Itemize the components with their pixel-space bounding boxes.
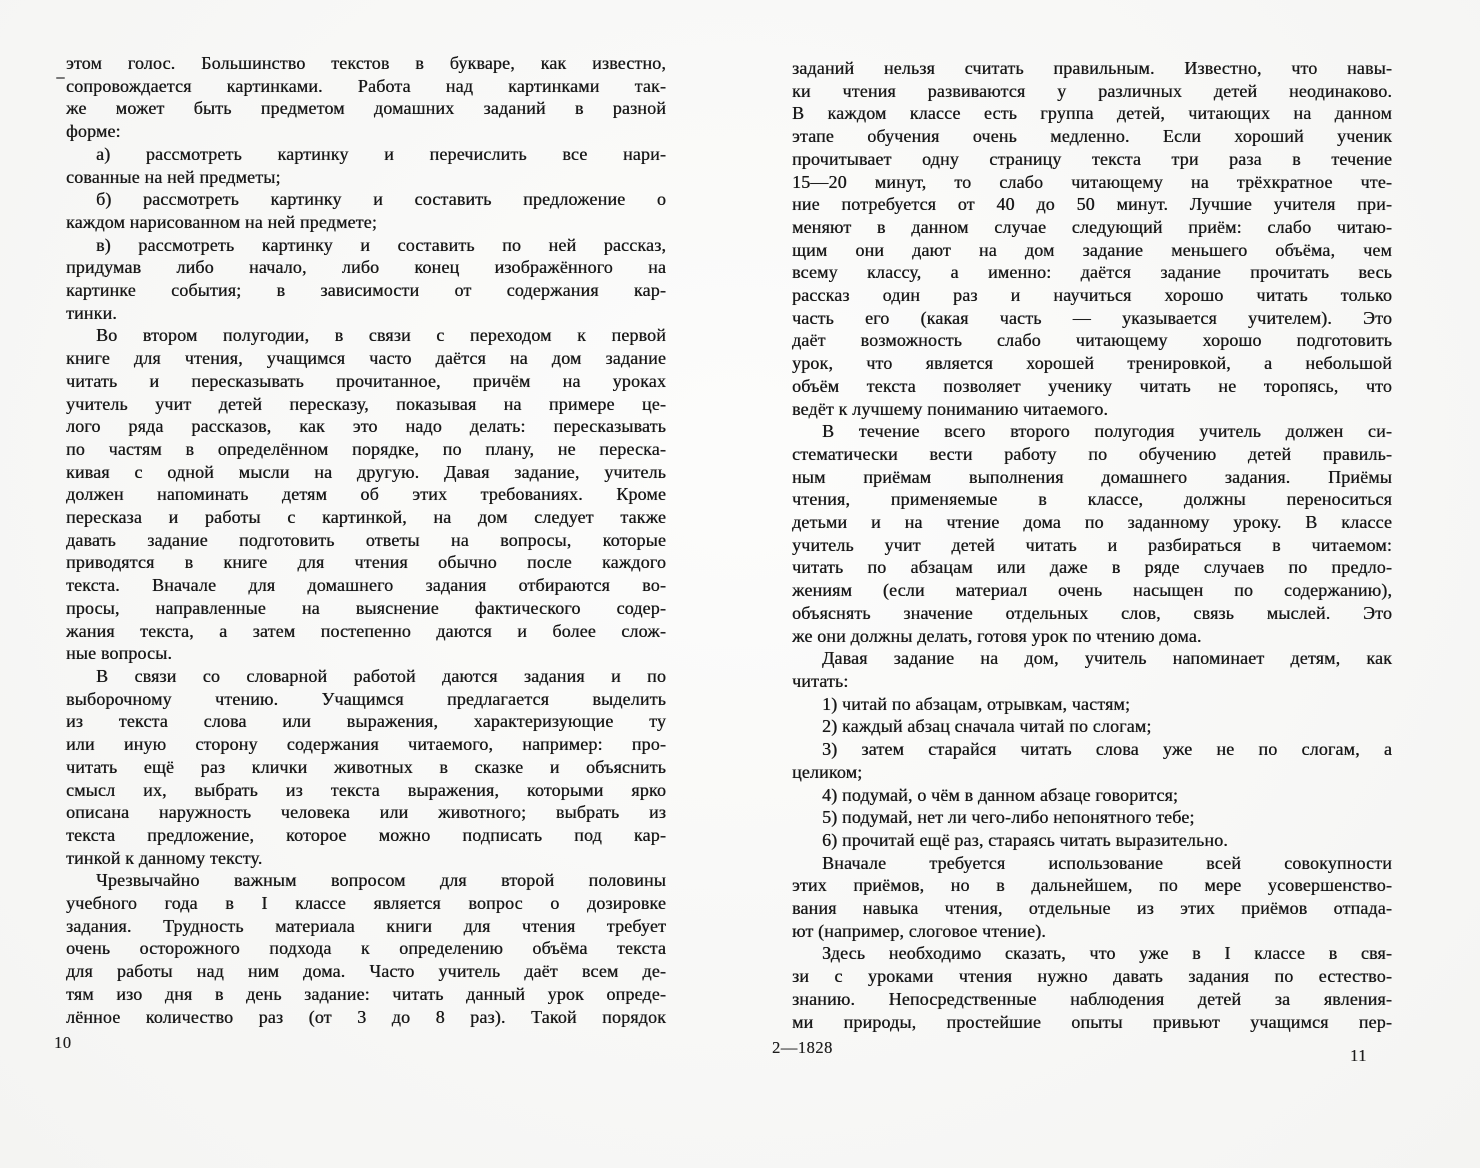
paragraph: заданий нельзя считать правильным. Извес… — [792, 57, 1392, 420]
text-line: ние потребуется от 40 до 50 минут. Лучши… — [792, 193, 1392, 216]
text-line: ют (например, слоговое чтение). — [792, 920, 1392, 943]
text-line: этом голос. Большинство текстов в буквар… — [66, 52, 666, 75]
paragraph: 4) подумай, о чём в данном абзаце говори… — [792, 784, 1392, 807]
text-line: знанию. Непосредственные наблюдения дете… — [792, 988, 1392, 1011]
text-line: текста предложение, которое можно подпис… — [66, 824, 666, 847]
text-line: стематически вести работу по обучению де… — [792, 443, 1392, 466]
text-line: учебного года в I классе является вопрос… — [66, 892, 666, 915]
text-line: тям изо дня в день задание: читать данны… — [66, 983, 666, 1006]
paragraph: 6) прочитай ещё раз, стараясь читать выр… — [792, 829, 1392, 852]
text-line: урок, что является хорошей тренировкой, … — [792, 352, 1392, 375]
paragraph: б) рассмотреть картинку и составить пред… — [66, 188, 666, 233]
text-line: учитель учит детей пересказу, показывая … — [66, 393, 666, 416]
right-page-number: 11 — [1350, 1046, 1367, 1066]
text-line: всему классу, а именно: даётся задание п… — [792, 261, 1392, 284]
text-line: 3) затем старайся читать слова уже не по… — [792, 738, 1392, 761]
text-line: из текста слова или выражения, характери… — [66, 710, 666, 733]
text-line: кивая с одной мысли на другую. Давая зад… — [66, 461, 666, 484]
text-line: чтения, применяемые в классе, должны пер… — [792, 488, 1392, 511]
text-line: же может быть предметом домашних заданий… — [66, 97, 666, 120]
right-page-text-column: заданий нельзя считать правильным. Извес… — [792, 57, 1392, 1033]
text-line: читать по абзацам или даже в ряде случае… — [792, 556, 1392, 579]
text-line: ки чтения развиваются у различных детей … — [792, 80, 1392, 103]
text-line: задания. Трудность материала книги для ч… — [66, 915, 666, 938]
printer-signature-code: 2—1828 — [772, 1038, 833, 1058]
paragraph: Давая задание на дом, учитель напоминает… — [792, 647, 1392, 692]
paragraph: 1) читай по абзацам, отрывкам, частям; — [792, 693, 1392, 716]
paragraph: В связи со словарной работой даются зада… — [66, 665, 666, 869]
text-line: учитель учит детей читать и разбираться … — [792, 534, 1392, 557]
text-line: читать и пересказывать прочитанное, прич… — [66, 370, 666, 393]
text-line: жениям (если материал очень насыщен по с… — [792, 579, 1392, 602]
text-line: часть его (какая часть — указывается учи… — [792, 307, 1392, 330]
text-line: ми природы, простейшие опыты привьют уча… — [792, 1011, 1392, 1034]
paragraph: Во втором полугодии, в связи с переходом… — [66, 324, 666, 665]
text-line: описана наружность человека или животног… — [66, 801, 666, 824]
text-line: читать ещё раз клички животных в сказке … — [66, 756, 666, 779]
text-line: пересказа и работы с картинкой, на дом с… — [66, 506, 666, 529]
text-line: форме: — [66, 120, 666, 143]
text-line: тинки. — [66, 302, 666, 325]
text-line: Во втором полугодии, в связи с переходом… — [66, 324, 666, 347]
paragraph: 3) затем старайся читать слова уже не по… — [792, 738, 1392, 783]
text-line: по частям в определённом порядке, по пла… — [66, 438, 666, 461]
text-line: жания текста, а затем постепенно даются … — [66, 620, 666, 643]
text-line: ным приёмам выполнения домашнего задания… — [792, 466, 1392, 489]
text-line: ные вопросы. — [66, 642, 666, 665]
text-line: этапе обучения очень медленно. Если хоро… — [792, 125, 1392, 148]
text-line: заданий нельзя считать правильным. Извес… — [792, 57, 1392, 80]
paragraph: В течение всего второго полугодия учител… — [792, 420, 1392, 647]
text-line: 4) подумай, о чём в данном абзаце говори… — [792, 784, 1392, 807]
text-line: приводятся в книге для чтения обычно пос… — [66, 551, 666, 574]
text-line: очень осторожного подхода к определению … — [66, 937, 666, 960]
text-line: выборочному чтению. Учащимся предлагаетс… — [66, 688, 666, 711]
paragraph: 5) подумай, нет ли чего-либо непонятного… — [792, 806, 1392, 829]
text-line: целиком; — [792, 761, 1392, 784]
text-line: сопровождается картинками. Работа над ка… — [66, 75, 666, 98]
text-line: придумав либо начало, либо конец изображ… — [66, 256, 666, 279]
left-page-number: 10 — [54, 1033, 72, 1053]
text-line: а) рассмотреть картинку и перечислить вс… — [66, 143, 666, 166]
text-line: вания навыка чтения, отдельные из этих п… — [792, 897, 1392, 920]
text-line: 1) читай по абзацам, отрывкам, частям; — [792, 693, 1392, 716]
text-line: текста. Вначале для домашнего задания от… — [66, 574, 666, 597]
text-line: В каждом классе есть группа детей, читаю… — [792, 102, 1392, 125]
text-line: этих приёмов, но в дальнейшем, по мере у… — [792, 874, 1392, 897]
text-line: или иную сторону содержания читаемого, н… — [66, 733, 666, 756]
text-line: Давая задание на дом, учитель напоминает… — [792, 647, 1392, 670]
text-line: б) рассмотреть картинку и составить пред… — [66, 188, 666, 211]
text-line: Здесь необходимо сказать, что уже в I кл… — [792, 942, 1392, 965]
text-line: Чрезвычайно важным вопросом для второй п… — [66, 869, 666, 892]
text-line: должен напоминать детям об этих требован… — [66, 483, 666, 506]
text-line: в) рассмотреть картинку и составить по н… — [66, 234, 666, 257]
text-line: тинкой к данному тексту. — [66, 847, 666, 870]
text-line: картинке события; в зависимости от содер… — [66, 279, 666, 302]
book-scan: этом голос. Большинство текстов в буквар… — [0, 0, 1480, 1168]
text-line: даёт возможность слабо читающему хорошо … — [792, 329, 1392, 352]
text-line: В связи со словарной работой даются зада… — [66, 665, 666, 688]
scan-artifact-dash — [56, 77, 65, 79]
text-line: лённое количество раз (от 3 до 8 раз). Т… — [66, 1006, 666, 1029]
text-line: рассказ один раз и научиться хорошо чита… — [792, 284, 1392, 307]
text-line: книге для чтения, учащимся часто даётся … — [66, 347, 666, 370]
text-line: объём текста позволяет ученику читать не… — [792, 375, 1392, 398]
text-line: зи с уроками чтения нужно давать задания… — [792, 965, 1392, 988]
text-line: 6) прочитай ещё раз, стараясь читать выр… — [792, 829, 1392, 852]
paragraph: Чрезвычайно важным вопросом для второй п… — [66, 869, 666, 1028]
text-line: детьми и на чтение дома по заданному уро… — [792, 511, 1392, 534]
text-line: же они должны делать, готовя урок по чте… — [792, 625, 1392, 648]
paragraph: Вначале требуется использование всей сов… — [792, 852, 1392, 943]
text-line: 5) подумай, нет ли чего-либо непонятного… — [792, 806, 1392, 829]
paragraph: этом голос. Большинство текстов в буквар… — [66, 52, 666, 143]
left-page-text-column: этом голос. Большинство текстов в буквар… — [66, 52, 666, 1028]
text-line: смысл их, выбрать из текста выражения, к… — [66, 779, 666, 802]
text-line: 15—20 минут, то слабо читающему на трёхк… — [792, 171, 1392, 194]
text-line: объяснять значение отдельных слов, связь… — [792, 602, 1392, 625]
text-line: щим они дают на дом задание меньшего объ… — [792, 239, 1392, 262]
text-line: В течение всего второго полугодия учител… — [792, 420, 1392, 443]
text-line: давать задание подготовить ответы на воп… — [66, 529, 666, 552]
paragraph: 2) каждый абзац сначала читай по слогам; — [792, 715, 1392, 738]
text-line: лого ряда рассказов, как это надо делать… — [66, 415, 666, 438]
paragraph: в) рассмотреть картинку и составить по н… — [66, 234, 666, 325]
text-line: сованные на ней предметы; — [66, 166, 666, 189]
text-line: каждом нарисованном на ней предмете; — [66, 211, 666, 234]
text-line: Вначале требуется использование всей сов… — [792, 852, 1392, 875]
paragraph: а) рассмотреть картинку и перечислить вс… — [66, 143, 666, 188]
text-line: прочитывает одну страницу текста три раз… — [792, 148, 1392, 171]
text-line: читать: — [792, 670, 1392, 693]
text-line: ведёт к лучшему пониманию читаемого. — [792, 398, 1392, 421]
paragraph: Здесь необходимо сказать, что уже в I кл… — [792, 942, 1392, 1033]
text-line: просы, направленные на выяснение фактиче… — [66, 597, 666, 620]
text-line: 2) каждый абзац сначала читай по слогам; — [792, 715, 1392, 738]
text-line: для работы над ним дома. Часто учитель д… — [66, 960, 666, 983]
text-line: меняют в данном случае следующий приём: … — [792, 216, 1392, 239]
